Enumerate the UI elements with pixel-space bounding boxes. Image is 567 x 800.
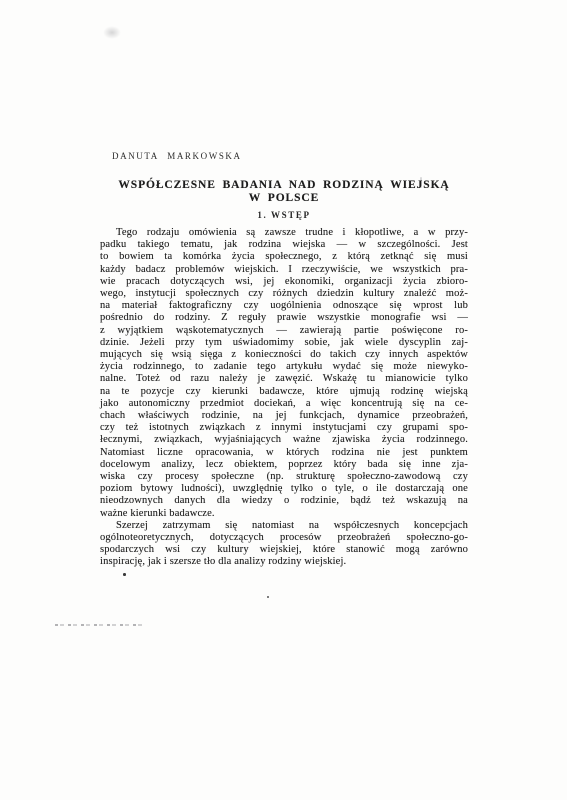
text-line: docelowym analizy, lecz obiektem, poprze… bbox=[100, 459, 468, 471]
ink-dot-artifact bbox=[267, 596, 269, 598]
text-line: na materiał faktograficzny czy uogólnien… bbox=[100, 300, 468, 312]
scan-smudge bbox=[103, 26, 121, 39]
text-line: życia rodzinnego, to zadanie tego artyku… bbox=[100, 361, 468, 373]
text-line: spodarczych wsi czy kultury wiejskiej, k… bbox=[100, 544, 468, 556]
article-title-line1: WSPÓŁCZESNE BADANIA NAD RODZINĄ WIEJSKĄ bbox=[100, 179, 468, 191]
text-line: Szerzej zatrzymam się natomiast na współ… bbox=[100, 520, 468, 532]
text-line: Natomiast liczne opracowania, w których … bbox=[100, 447, 468, 459]
text-line: pośrednio do rodziny. Z reguły prawie ws… bbox=[100, 312, 468, 324]
article-title-line2: W POLSCE bbox=[100, 192, 468, 204]
text-line: ważne kierunki badawcze. bbox=[100, 508, 468, 520]
text-line: łecznymi, związkach, wyjaśniających ważn… bbox=[100, 434, 468, 446]
text-line: nalne. Toteż od razu należy je zawęzić. … bbox=[100, 373, 468, 385]
scanned-page: DANUTA MARKOWSKA WSPÓŁCZESNE BADANIA NAD… bbox=[0, 0, 567, 800]
ink-dot-artifact bbox=[123, 573, 126, 576]
text-line: wiska czy procesy społeczne (np. struktu… bbox=[100, 471, 468, 483]
section-heading: 1. WSTĘP bbox=[100, 210, 468, 220]
text-line: mujących się wsią sięga z konieczności d… bbox=[100, 349, 468, 361]
text-line: czy też istotnych związkach z innymi ins… bbox=[100, 422, 468, 434]
text-line: padku takiego tematu, jak rodzina wiejsk… bbox=[100, 239, 468, 251]
paragraph: Tego rodzaju omówienia są zawsze trudne … bbox=[100, 227, 468, 520]
text-line: każdy badacz problemów wiejskich. I rzec… bbox=[100, 264, 468, 276]
text-line: to bowiem ta komórka życia społecznego, … bbox=[100, 251, 468, 263]
text-line: nieodzownych danych dla wiedzy o rodzini… bbox=[100, 495, 468, 507]
text-line: chach właściwych rodzinie, na jej funkcj… bbox=[100, 410, 468, 422]
text-line: jako autonomiczny przedmiot dociekań, a … bbox=[100, 398, 468, 410]
text-line: na te pozycje czy kierunki badawcze, któ… bbox=[100, 386, 468, 398]
text-line: wego, instytucji społecznych czy różnych… bbox=[100, 288, 468, 300]
paragraph: Szerzej zatrzymam się natomiast na współ… bbox=[100, 520, 468, 569]
text-line: dzinie. Jeżeli przy tym uświadomimy sobi… bbox=[100, 337, 468, 349]
text-line: inspirację, jak i szersze tło dla analiz… bbox=[100, 556, 468, 568]
text-line: ogólnoteoretycznych, dotyczących procesó… bbox=[100, 532, 468, 544]
text-line: z wyjątkiem wąskotematycznych — zawieraj… bbox=[100, 325, 468, 337]
text-line: wie pracach dotyczących wsi, jej ekonomi… bbox=[100, 276, 468, 288]
author-byline: DANUTA MARKOWSKA bbox=[112, 151, 242, 161]
text-line: poziom bytowy ludności), uwzględnię tylk… bbox=[100, 483, 468, 495]
pencil-underline-mark bbox=[55, 624, 143, 626]
text-line: Tego rodzaju omówienia są zawsze trudne … bbox=[100, 227, 468, 239]
body-text: Tego rodzaju omówienia są zawsze trudne … bbox=[100, 227, 468, 569]
